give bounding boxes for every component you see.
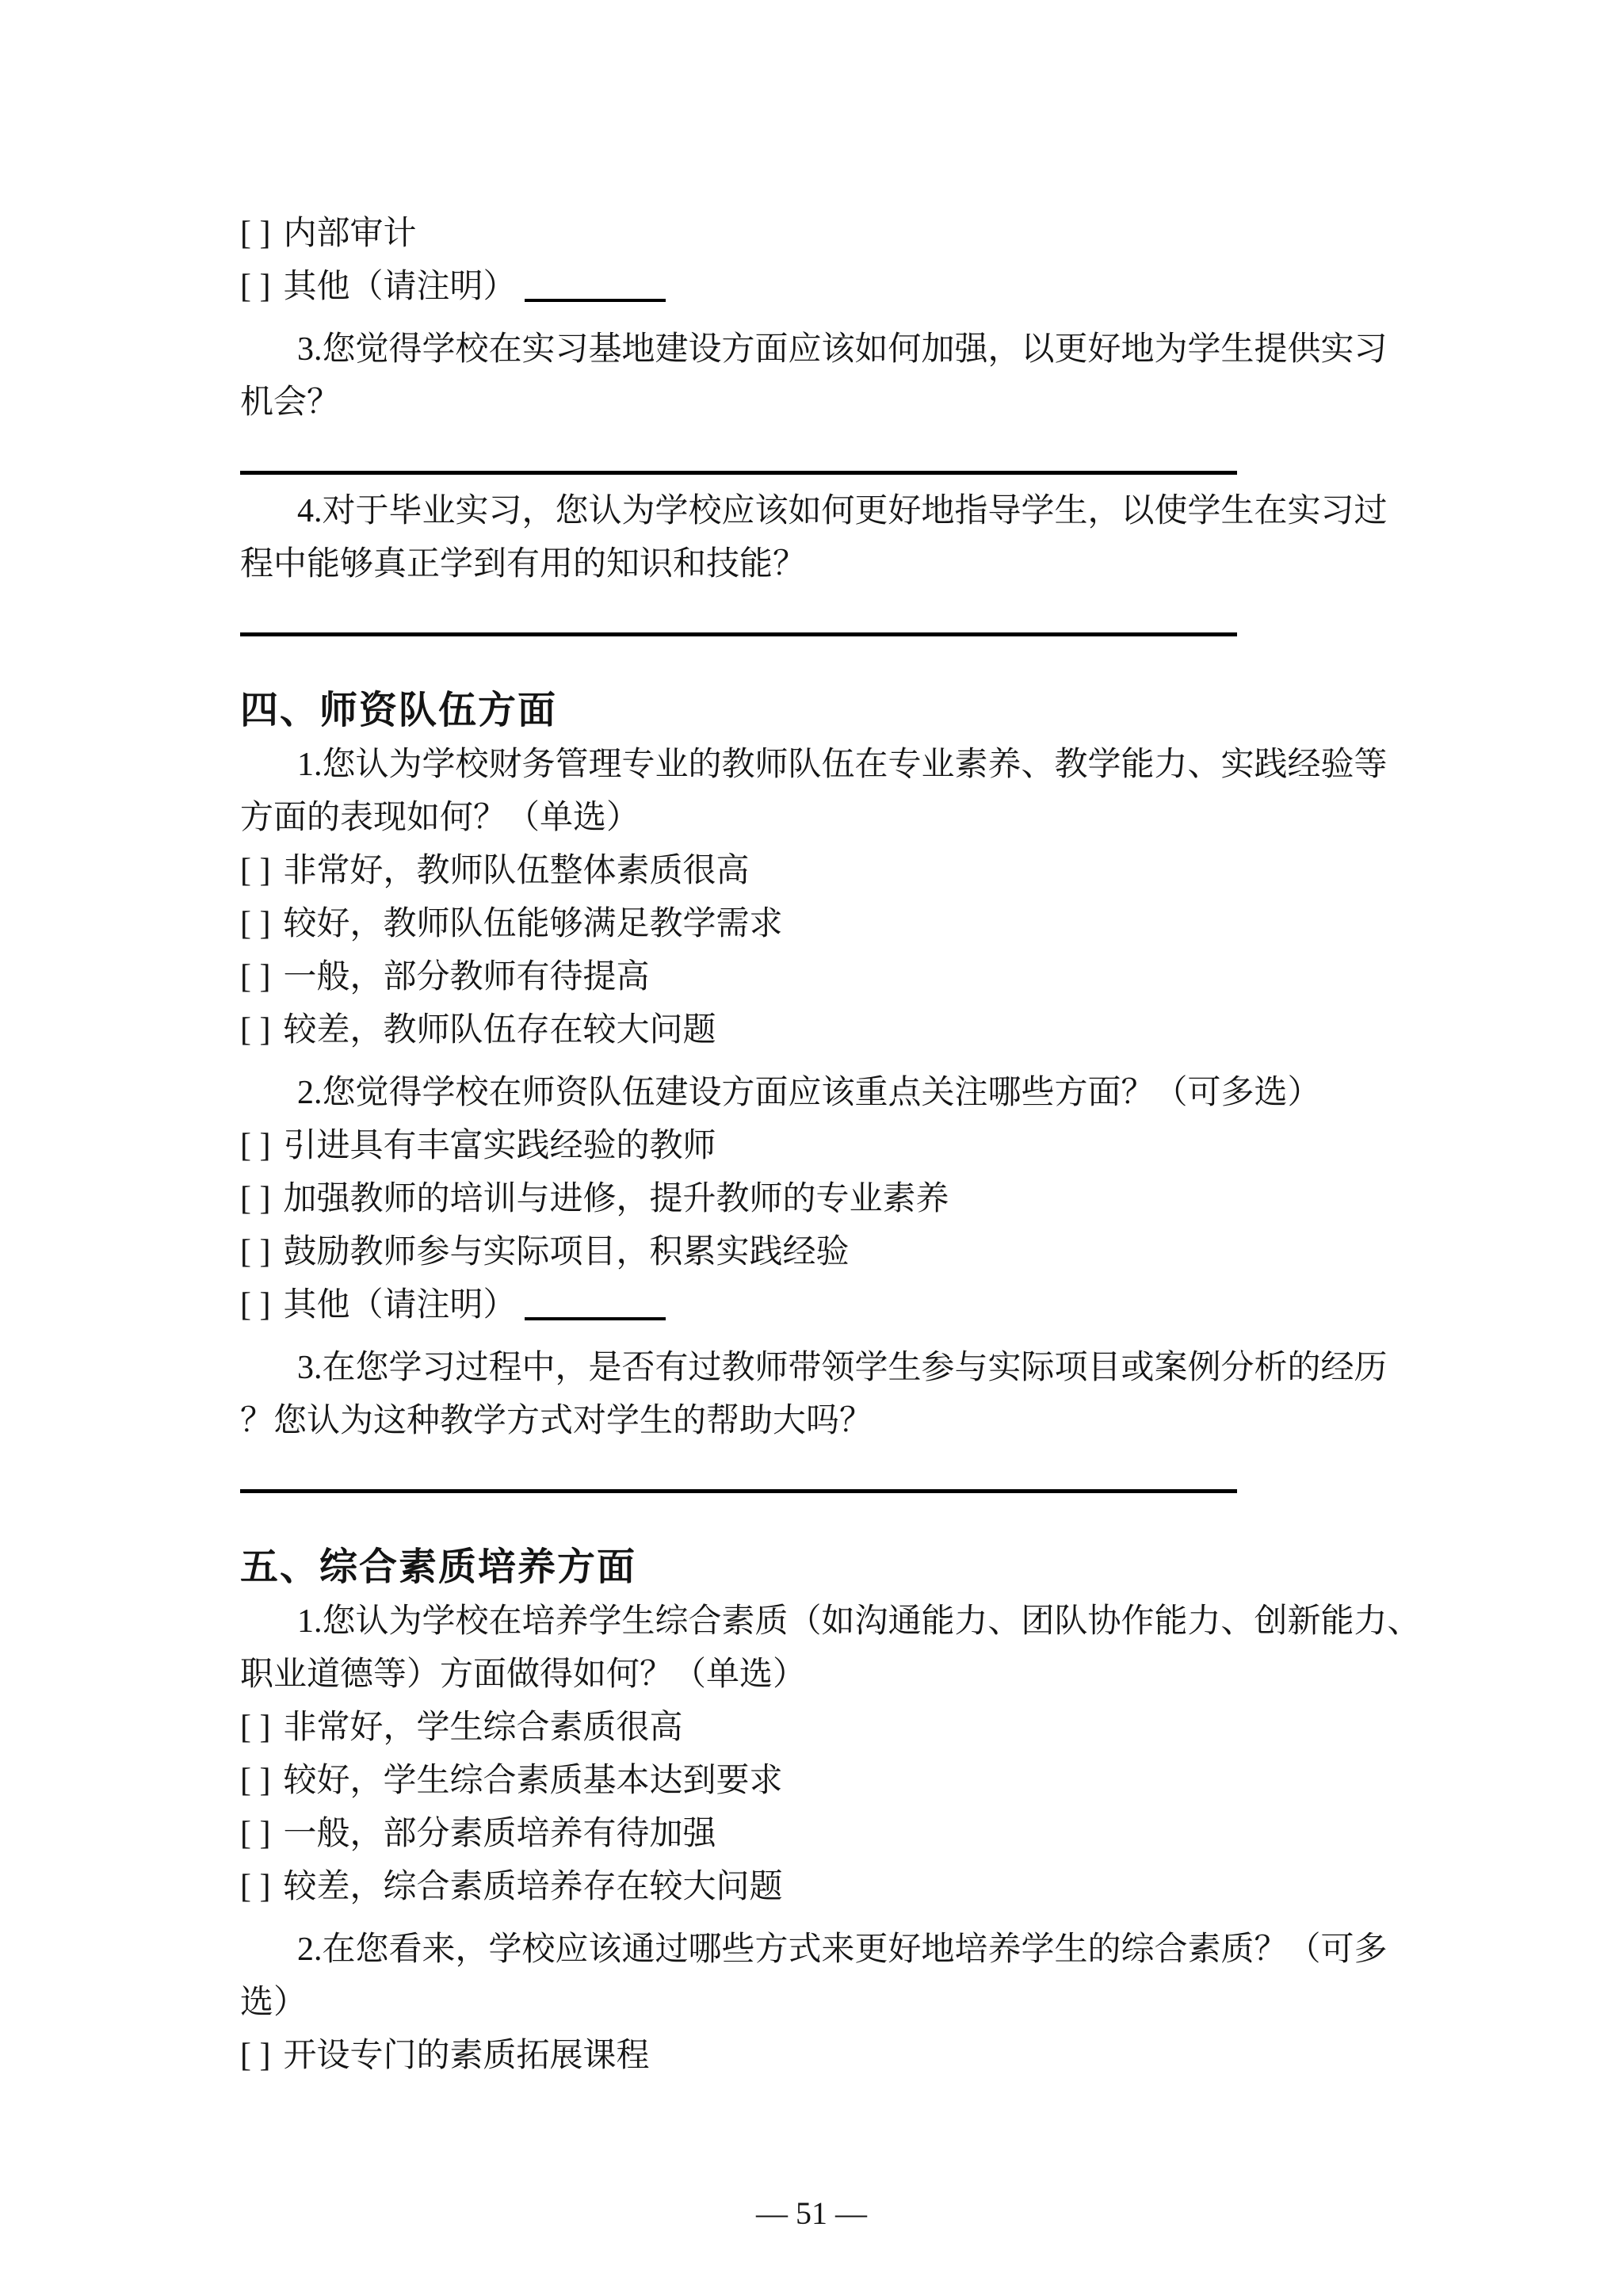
option-row: [ ]较好，教师队伍能够满足教学需求 bbox=[240, 898, 1429, 951]
option-row: [ ]较好，学生综合素质基本达到要求 bbox=[240, 1755, 1429, 1808]
option-row: [ ]内部审计 bbox=[240, 208, 1429, 261]
option-row: [ ]一般，部分教师有待提高 bbox=[240, 951, 1429, 1004]
option-label: 非常好，学生综合素质很高 bbox=[283, 1710, 682, 1746]
question-text: 2.在您看来，学校应该通过哪些方式来更好地培养学生的综合素质？（可多 bbox=[240, 1924, 1429, 1977]
answer-line-row bbox=[240, 436, 1429, 471]
option-label: 较好，教师队伍能够满足教学需求 bbox=[283, 906, 782, 942]
question-text-continued: 职业道德等）方面做得如何？（单选） bbox=[240, 1648, 1429, 1702]
question-text-continued: 机会？ bbox=[240, 376, 1429, 430]
option-row: [ ]开设专门的素质拓展课程 bbox=[240, 2030, 1429, 2083]
question-text-continued: ？您认为这种教学方式对学生的帮助大吗？ bbox=[240, 1395, 1429, 1448]
checkbox[interactable]: [ ] bbox=[240, 1816, 270, 1852]
option-label: 内部审计 bbox=[283, 216, 416, 252]
option-label: 一般，部分教师有待提高 bbox=[283, 959, 649, 995]
option-row: [ ]加强教师的培训与进修，提升教师的专业素养 bbox=[240, 1173, 1429, 1226]
answer-line-row bbox=[240, 598, 1429, 632]
fill-in-blank[interactable] bbox=[525, 289, 666, 302]
checkbox[interactable]: [ ] bbox=[240, 1234, 270, 1270]
option-label: 非常好，教师队伍整体素质很高 bbox=[283, 853, 749, 889]
option-row: [ ]较差，教师队伍存在较大问题 bbox=[240, 1004, 1429, 1057]
option-label: 一般，部分素质培养有待加强 bbox=[283, 1816, 716, 1852]
page-number: — 51 — bbox=[0, 2189, 1623, 2238]
option-label: 较差，综合素质培养存在较大问题 bbox=[283, 1869, 782, 1905]
option-row: [ ]较差，综合素质培养存在较大问题 bbox=[240, 1861, 1429, 1914]
checkbox[interactable]: [ ] bbox=[240, 1710, 270, 1746]
checkbox[interactable]: [ ] bbox=[240, 269, 270, 305]
checkbox[interactable]: [ ] bbox=[240, 1869, 270, 1905]
checkbox[interactable]: [ ] bbox=[240, 853, 270, 889]
option-label: 开设专门的素质拓展课程 bbox=[283, 2038, 649, 2074]
option-label: 加强教师的培训与进修，提升教师的专业素养 bbox=[283, 1181, 949, 1217]
checkbox[interactable]: [ ] bbox=[240, 2038, 270, 2074]
option-label: 鼓励教师参与实际项目，积累实践经验 bbox=[283, 1234, 849, 1270]
answer-blank-line[interactable] bbox=[240, 436, 1237, 475]
checkbox[interactable]: [ ] bbox=[240, 1287, 270, 1324]
checkbox[interactable]: [ ] bbox=[240, 1181, 270, 1217]
checkbox[interactable]: [ ] bbox=[240, 1128, 270, 1164]
option-row: [ ]其他（请注明） bbox=[240, 1279, 1429, 1332]
document-page: [ ]内部审计[ ]其他（请注明）3.您觉得学校在实习基地建设方面应该如何加强，… bbox=[0, 0, 1623, 2296]
option-row: [ ]非常好，教师队伍整体素质很高 bbox=[240, 845, 1429, 898]
option-row: [ ]一般，部分素质培养有待加强 bbox=[240, 1808, 1429, 1861]
question-text-continued: 方面的表现如何？（单选） bbox=[240, 792, 1429, 845]
option-row: [ ]鼓励教师参与实际项目，积累实践经验 bbox=[240, 1226, 1429, 1279]
question-text-continued: 选） bbox=[240, 1977, 1429, 2030]
option-label: 较好，学生综合素质基本达到要求 bbox=[283, 1763, 782, 1799]
question-text: 3.在您学习过程中，是否有过教师带领学生参与实际项目或案例分析的经历 bbox=[240, 1342, 1429, 1395]
option-label: 其他（请注明） bbox=[283, 269, 516, 305]
checkbox[interactable]: [ ] bbox=[240, 216, 270, 252]
option-label: 引进具有丰富实践经验的教师 bbox=[283, 1128, 716, 1164]
checkbox[interactable]: [ ] bbox=[240, 1763, 270, 1799]
checkbox[interactable]: [ ] bbox=[240, 959, 270, 995]
option-row: [ ]其他（请注明） bbox=[240, 261, 1429, 314]
option-row: [ ]引进具有丰富实践经验的教师 bbox=[240, 1120, 1429, 1173]
checkbox[interactable]: [ ] bbox=[240, 1012, 270, 1049]
answer-blank-line[interactable] bbox=[240, 598, 1237, 636]
answer-blank-line[interactable] bbox=[240, 1454, 1237, 1493]
checkbox[interactable]: [ ] bbox=[240, 906, 270, 942]
document-content: [ ]内部审计[ ]其他（请注明）3.您觉得学校在实习基地建设方面应该如何加强，… bbox=[240, 208, 1429, 2083]
fill-in-blank[interactable] bbox=[525, 1308, 666, 1320]
question-text-continued: 程中能够真正学到有用的知识和技能？ bbox=[240, 538, 1429, 591]
question-text: 4.对于毕业实习，您认为学校应该如何更好地指导学生，以使学生在实习过 bbox=[240, 485, 1429, 538]
option-row: [ ]非常好，学生综合素质很高 bbox=[240, 1702, 1429, 1755]
option-label: 较差，教师队伍存在较大问题 bbox=[283, 1012, 716, 1049]
question-text: 2.您觉得学校在师资队伍建设方面应该重点关注哪些方面？（可多选） bbox=[240, 1067, 1429, 1120]
question-text: 1.您认为学校财务管理专业的教师队伍在专业素养、教学能力、实践经验等 bbox=[240, 739, 1429, 792]
question-text: 3.您觉得学校在实习基地建设方面应该如何加强，以更好地为学生提供实习 bbox=[240, 323, 1429, 376]
option-label: 其他（请注明） bbox=[283, 1287, 516, 1324]
question-text: 1.您认为学校在培养学生综合素质（如沟通能力、团队协作能力、创新能力、 bbox=[240, 1595, 1429, 1648]
section-heading: 五、综合素质培养方面 bbox=[240, 1540, 1429, 1595]
section-heading: 四、师资队伍方面 bbox=[240, 683, 1429, 739]
answer-line-row bbox=[240, 1454, 1429, 1489]
